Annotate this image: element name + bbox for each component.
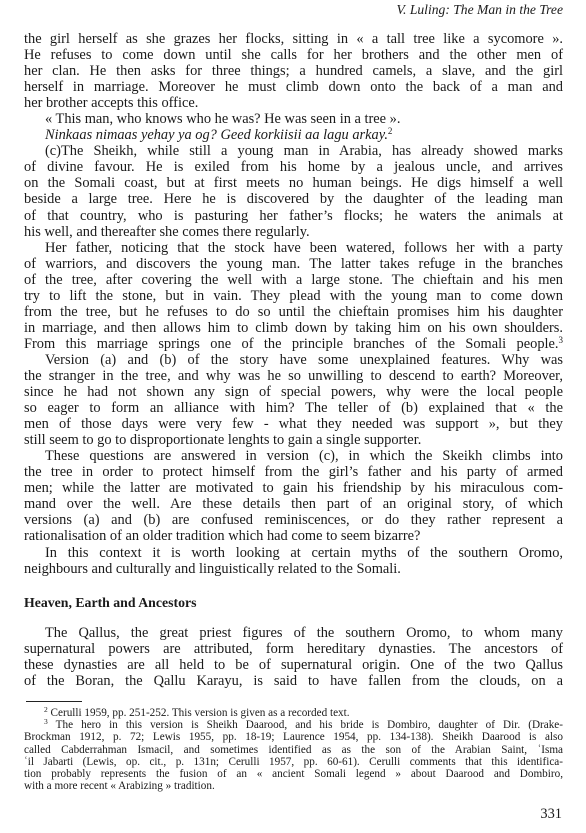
section-line: supernatural powers are attributed, form… xyxy=(24,641,563,657)
text-line: in marriage, and then allows him to clim… xyxy=(24,320,563,336)
quote-line: « This man, who knows who he was? He was… xyxy=(24,111,563,127)
text-line: Her father, noticing that the stock have… xyxy=(24,240,563,256)
text-line: the girl herself as she grazes her flock… xyxy=(24,31,563,47)
text-line: These questions are answered in version … xyxy=(24,448,563,464)
text-line: her brother accepts this office. xyxy=(24,95,563,111)
section-line: these dynasties are all held to be of su… xyxy=(24,657,563,673)
footnote-3-cont: Brockman 1912, p. 72; Lewis 1955, pp. 18… xyxy=(24,731,563,743)
footnote-3: 3 The hero in this version is Sheikh Daa… xyxy=(24,719,563,731)
text-line: In this context it is worth looking at c… xyxy=(24,545,563,561)
text-line: her clan. He then asks for three things;… xyxy=(24,63,563,79)
text-line: of the tree, after covering the well wit… xyxy=(24,272,563,288)
text-line: (c)The Sheikh, while still a young man i… xyxy=(24,143,563,159)
text-line: so eager to form an alliance with him? T… xyxy=(24,400,563,416)
footnote-separator xyxy=(26,701,82,702)
footnote-reference: 3 xyxy=(559,335,564,345)
text-line: men; while the latter are motivated to g… xyxy=(24,480,563,496)
text-line: rationalisation of an older tradition wh… xyxy=(24,528,563,544)
footnote-marker: 2 xyxy=(44,705,48,714)
footnote-3-cont: with a more recent « Arabizing » traditi… xyxy=(24,780,563,792)
text-line: the tree in order to protect himself fro… xyxy=(24,464,563,480)
text-line: still seem to go to disproportionate len… xyxy=(24,432,563,448)
running-head: V. Luling: The Man in the Tree xyxy=(396,2,563,18)
section-line: The Qallus, the great priest figures of … xyxy=(24,625,563,641)
footnote-3-cont: called Cabderrahman Ismacil, and sometim… xyxy=(24,744,563,756)
footnote-reference: 2 xyxy=(388,126,393,136)
body-text: the girl herself as she grazes her flock… xyxy=(24,31,563,577)
text-line: since he had not shown any sign of speci… xyxy=(24,384,563,400)
text-line: try to lift the stone, but in vain. They… xyxy=(24,288,563,304)
text-line: his well, and thereafter she comes there… xyxy=(24,224,563,240)
text-line: beside a large tree. Here he is discover… xyxy=(24,191,563,207)
footnote-3-cont: tion probably represents the fusion of a… xyxy=(24,768,563,780)
text-line: of divine favour. He is exiled from his … xyxy=(24,159,563,175)
text-line: from the tree, but he refuses to do so u… xyxy=(24,304,563,320)
footnote-marker: 3 xyxy=(44,717,48,726)
text-line: herself in marriage. Moreover he must cl… xyxy=(24,79,563,95)
text-line: men of those days were very few - what t… xyxy=(24,416,563,432)
text-line: of that country, who is pasturing her fa… xyxy=(24,208,563,224)
text-line: neighbours and culturally and linguistic… xyxy=(24,561,563,577)
section-text: The Qallus, the great priest figures of … xyxy=(24,625,563,689)
section-line: of the Boran, the Qallu Karayu, is said … xyxy=(24,673,563,689)
text-line: the stranger in the tree, and why was he… xyxy=(24,368,563,384)
section-heading: Heaven, Earth and Ancestors xyxy=(24,595,196,611)
text-line: He refuses to come down until she calls … xyxy=(24,47,563,63)
somali-quote-line: Ninkaas nimaas yehay ya og? Geed korkiis… xyxy=(24,127,563,143)
text-line: versions (a) and (b) are confused remini… xyxy=(24,512,563,528)
text-line: of warriors, and discovers the young man… xyxy=(24,256,563,272)
text-line: mand over the well. Are these details th… xyxy=(24,496,563,512)
text-line: From this marriage springs one of the pr… xyxy=(24,336,563,352)
footnotes: 2 Cerulli 1959, pp. 251-252. This versio… xyxy=(24,707,563,792)
footnote-2: 2 Cerulli 1959, pp. 251-252. This versio… xyxy=(24,707,563,719)
text-line: on the Somali coast, but at first meets … xyxy=(24,175,563,191)
page-number: 331 xyxy=(540,806,562,822)
text-line: Version (a) and (b) of the story have so… xyxy=(24,352,563,368)
footnote-3-cont: ʿil Jabarti (Lewis, op. cit., p. 131n; C… xyxy=(24,756,563,768)
